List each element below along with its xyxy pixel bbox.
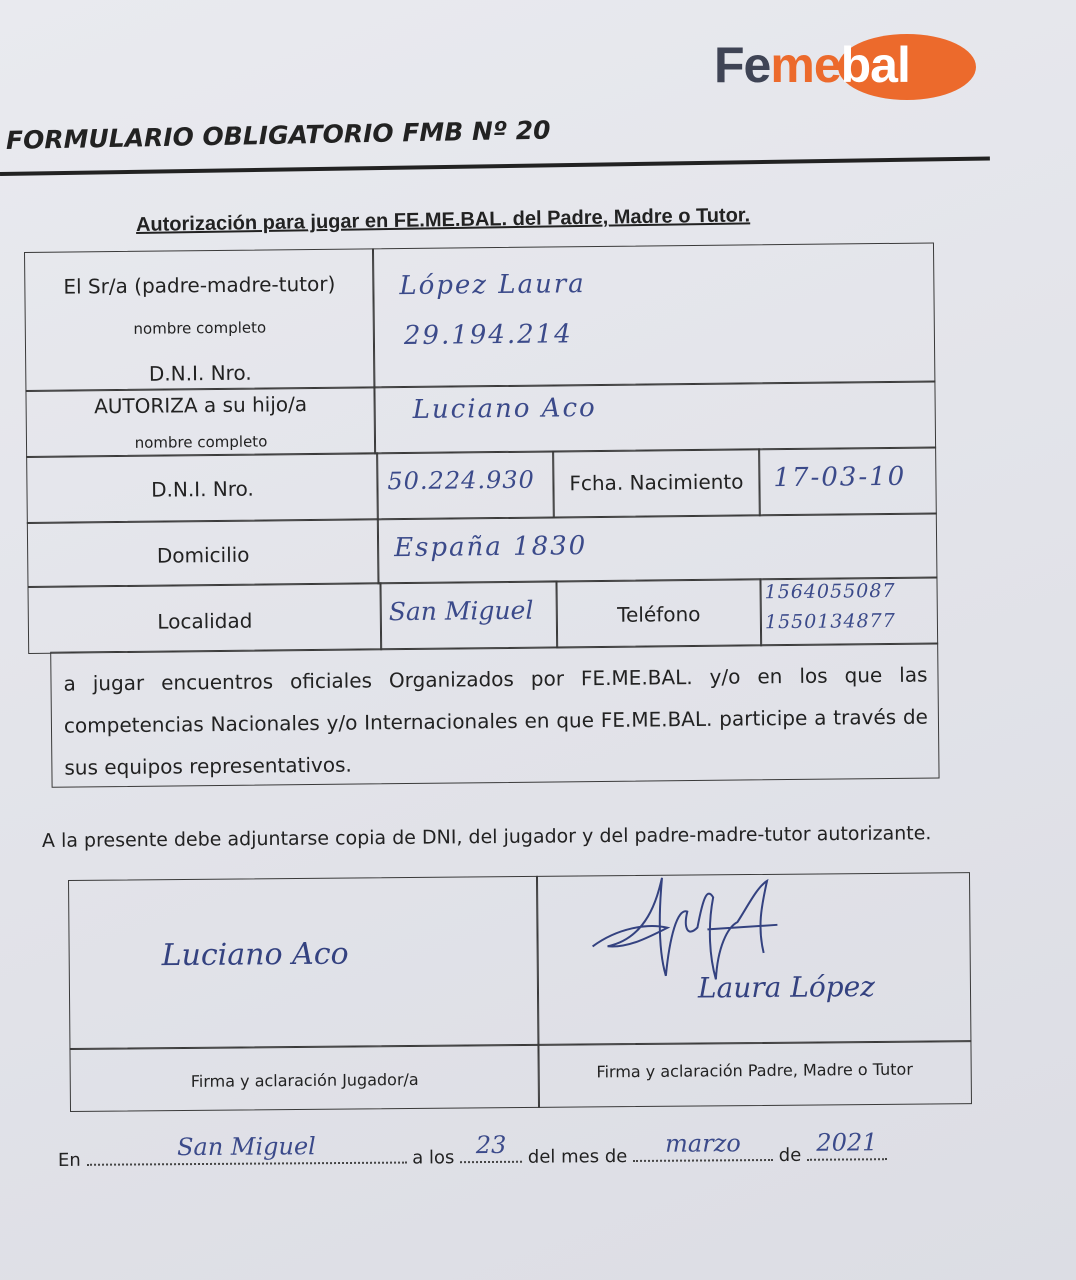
address-value[interactable]: España 1830 xyxy=(394,531,587,563)
day-field[interactable]: 23 xyxy=(460,1147,522,1163)
form-document: Femebal FORMULARIO OBLIGATORIO FMB Nº 20… xyxy=(0,0,1076,1280)
child-name-value[interactable]: Luciano Aco xyxy=(413,393,597,425)
authorization-text: a jugar encuentros oficiales Organizados… xyxy=(63,654,928,789)
day-label: a los xyxy=(412,1147,454,1168)
player-signature[interactable]: Luciano Aco xyxy=(162,937,349,974)
logo-part-fe: Fe xyxy=(714,37,770,93)
player-caption-cell: Firma y aclaración Jugador/a xyxy=(69,1044,540,1112)
guardian-name-label: nombre completo xyxy=(26,317,374,339)
address-label-cell: Domicilio xyxy=(27,518,380,588)
guardian-signature-cell[interactable]: Laura López xyxy=(536,872,971,1046)
signature-table: Luciano Aco Laura López Firma y aclaraci… xyxy=(68,872,972,1112)
child-dni-label: D.N.I. Nro. xyxy=(27,475,377,503)
guardian-signature[interactable]: Laura López xyxy=(698,970,875,1005)
month-field[interactable]: marzo xyxy=(633,1145,773,1162)
locality-label: Localidad xyxy=(29,607,381,635)
locality-label-cell: Localidad xyxy=(27,582,382,654)
month-value[interactable]: marzo xyxy=(633,1129,773,1158)
phone-label-cell: Teléfono xyxy=(555,578,762,648)
authorization-table: El Sr/a (padre-madre-tutor) nombre compl… xyxy=(24,242,940,807)
player-signature-caption: Firma y aclaración Jugador/a xyxy=(71,1069,539,1092)
guardian-signature-caption: Firma y aclaración Padre, Madre o Tutor xyxy=(539,1059,971,1082)
child-name-label: nombre completo xyxy=(27,431,375,453)
birth-value-cell[interactable]: 17-03-10 xyxy=(758,446,937,516)
phone-label: Teléfono xyxy=(557,601,761,627)
address-value-cell[interactable]: España 1830 xyxy=(377,512,938,584)
guardian-dni-value[interactable]: 29.194.214 xyxy=(404,319,573,351)
logo-part-me: me xyxy=(770,37,840,93)
form-title: FORMULARIO OBLIGATORIO FMB Nº 20 xyxy=(6,116,551,155)
place-label: En xyxy=(58,1150,81,1171)
form-subtitle: Autorización para jugar en FE.ME.BAL. de… xyxy=(136,204,750,237)
child-name-cell[interactable]: Luciano Aco xyxy=(373,380,936,454)
date-place-line: En San Miguel a los 23 del mes de marzo … xyxy=(58,1144,887,1171)
phone-value-cell[interactable]: 1564055087 1550134877 xyxy=(759,576,938,646)
locality-value-cell[interactable]: San Miguel xyxy=(379,580,558,650)
logo-part-bal: bal xyxy=(841,37,910,93)
guardian-caption-cell: Firma y aclaración Padre, Madre o Tutor xyxy=(537,1040,972,1108)
child-label-cell: AUTORIZA a su hijo/a nombre completo xyxy=(25,386,376,458)
phone-value-2[interactable]: 1550134877 xyxy=(765,610,896,633)
birth-label-cell: Fcha. Nacimiento xyxy=(552,448,761,518)
logo-text: Femebal xyxy=(714,36,910,94)
attachment-note: A la presente debe adjuntarse copia de D… xyxy=(42,822,932,852)
guardian-value-cell[interactable]: López Laura 29.194.214 xyxy=(372,242,935,388)
guardian-label-cell: El Sr/a (padre-madre-tutor) nombre compl… xyxy=(24,248,375,392)
locality-value[interactable]: San Miguel xyxy=(389,596,534,627)
guardian-dni-label: D.N.I. Nro. xyxy=(26,359,374,387)
child-dni-cell[interactable]: 50.224.930 xyxy=(376,450,555,520)
guardian-name-value[interactable]: López Laura xyxy=(399,269,586,301)
place-field[interactable]: San Miguel xyxy=(86,1148,406,1166)
authorization-text-cell: a jugar encuentros oficiales Organizados… xyxy=(50,642,939,787)
phone-value-1[interactable]: 1564055087 xyxy=(764,580,895,603)
child-dni-value[interactable]: 50.224.930 xyxy=(387,466,535,496)
birth-label: Fcha. Nacimiento xyxy=(553,469,759,495)
child-dni-label-cell: D.N.I. Nro. xyxy=(26,452,379,524)
birth-value[interactable]: 17-03-10 xyxy=(773,462,906,493)
year-value[interactable]: 2021 xyxy=(807,1128,887,1157)
day-value[interactable]: 23 xyxy=(460,1131,522,1159)
address-label: Domicilio xyxy=(28,541,378,569)
month-label: del mes de xyxy=(528,1146,628,1168)
child-label: AUTORIZA a su hijo/a xyxy=(26,391,374,419)
place-value[interactable]: San Miguel xyxy=(86,1132,406,1162)
guardian-label: El Sr/a (padre-madre-tutor) xyxy=(25,271,373,299)
year-label: de xyxy=(779,1145,802,1166)
year-field[interactable]: 2021 xyxy=(807,1144,887,1161)
title-divider xyxy=(0,156,990,176)
player-signature-cell[interactable]: Luciano Aco xyxy=(68,876,539,1050)
